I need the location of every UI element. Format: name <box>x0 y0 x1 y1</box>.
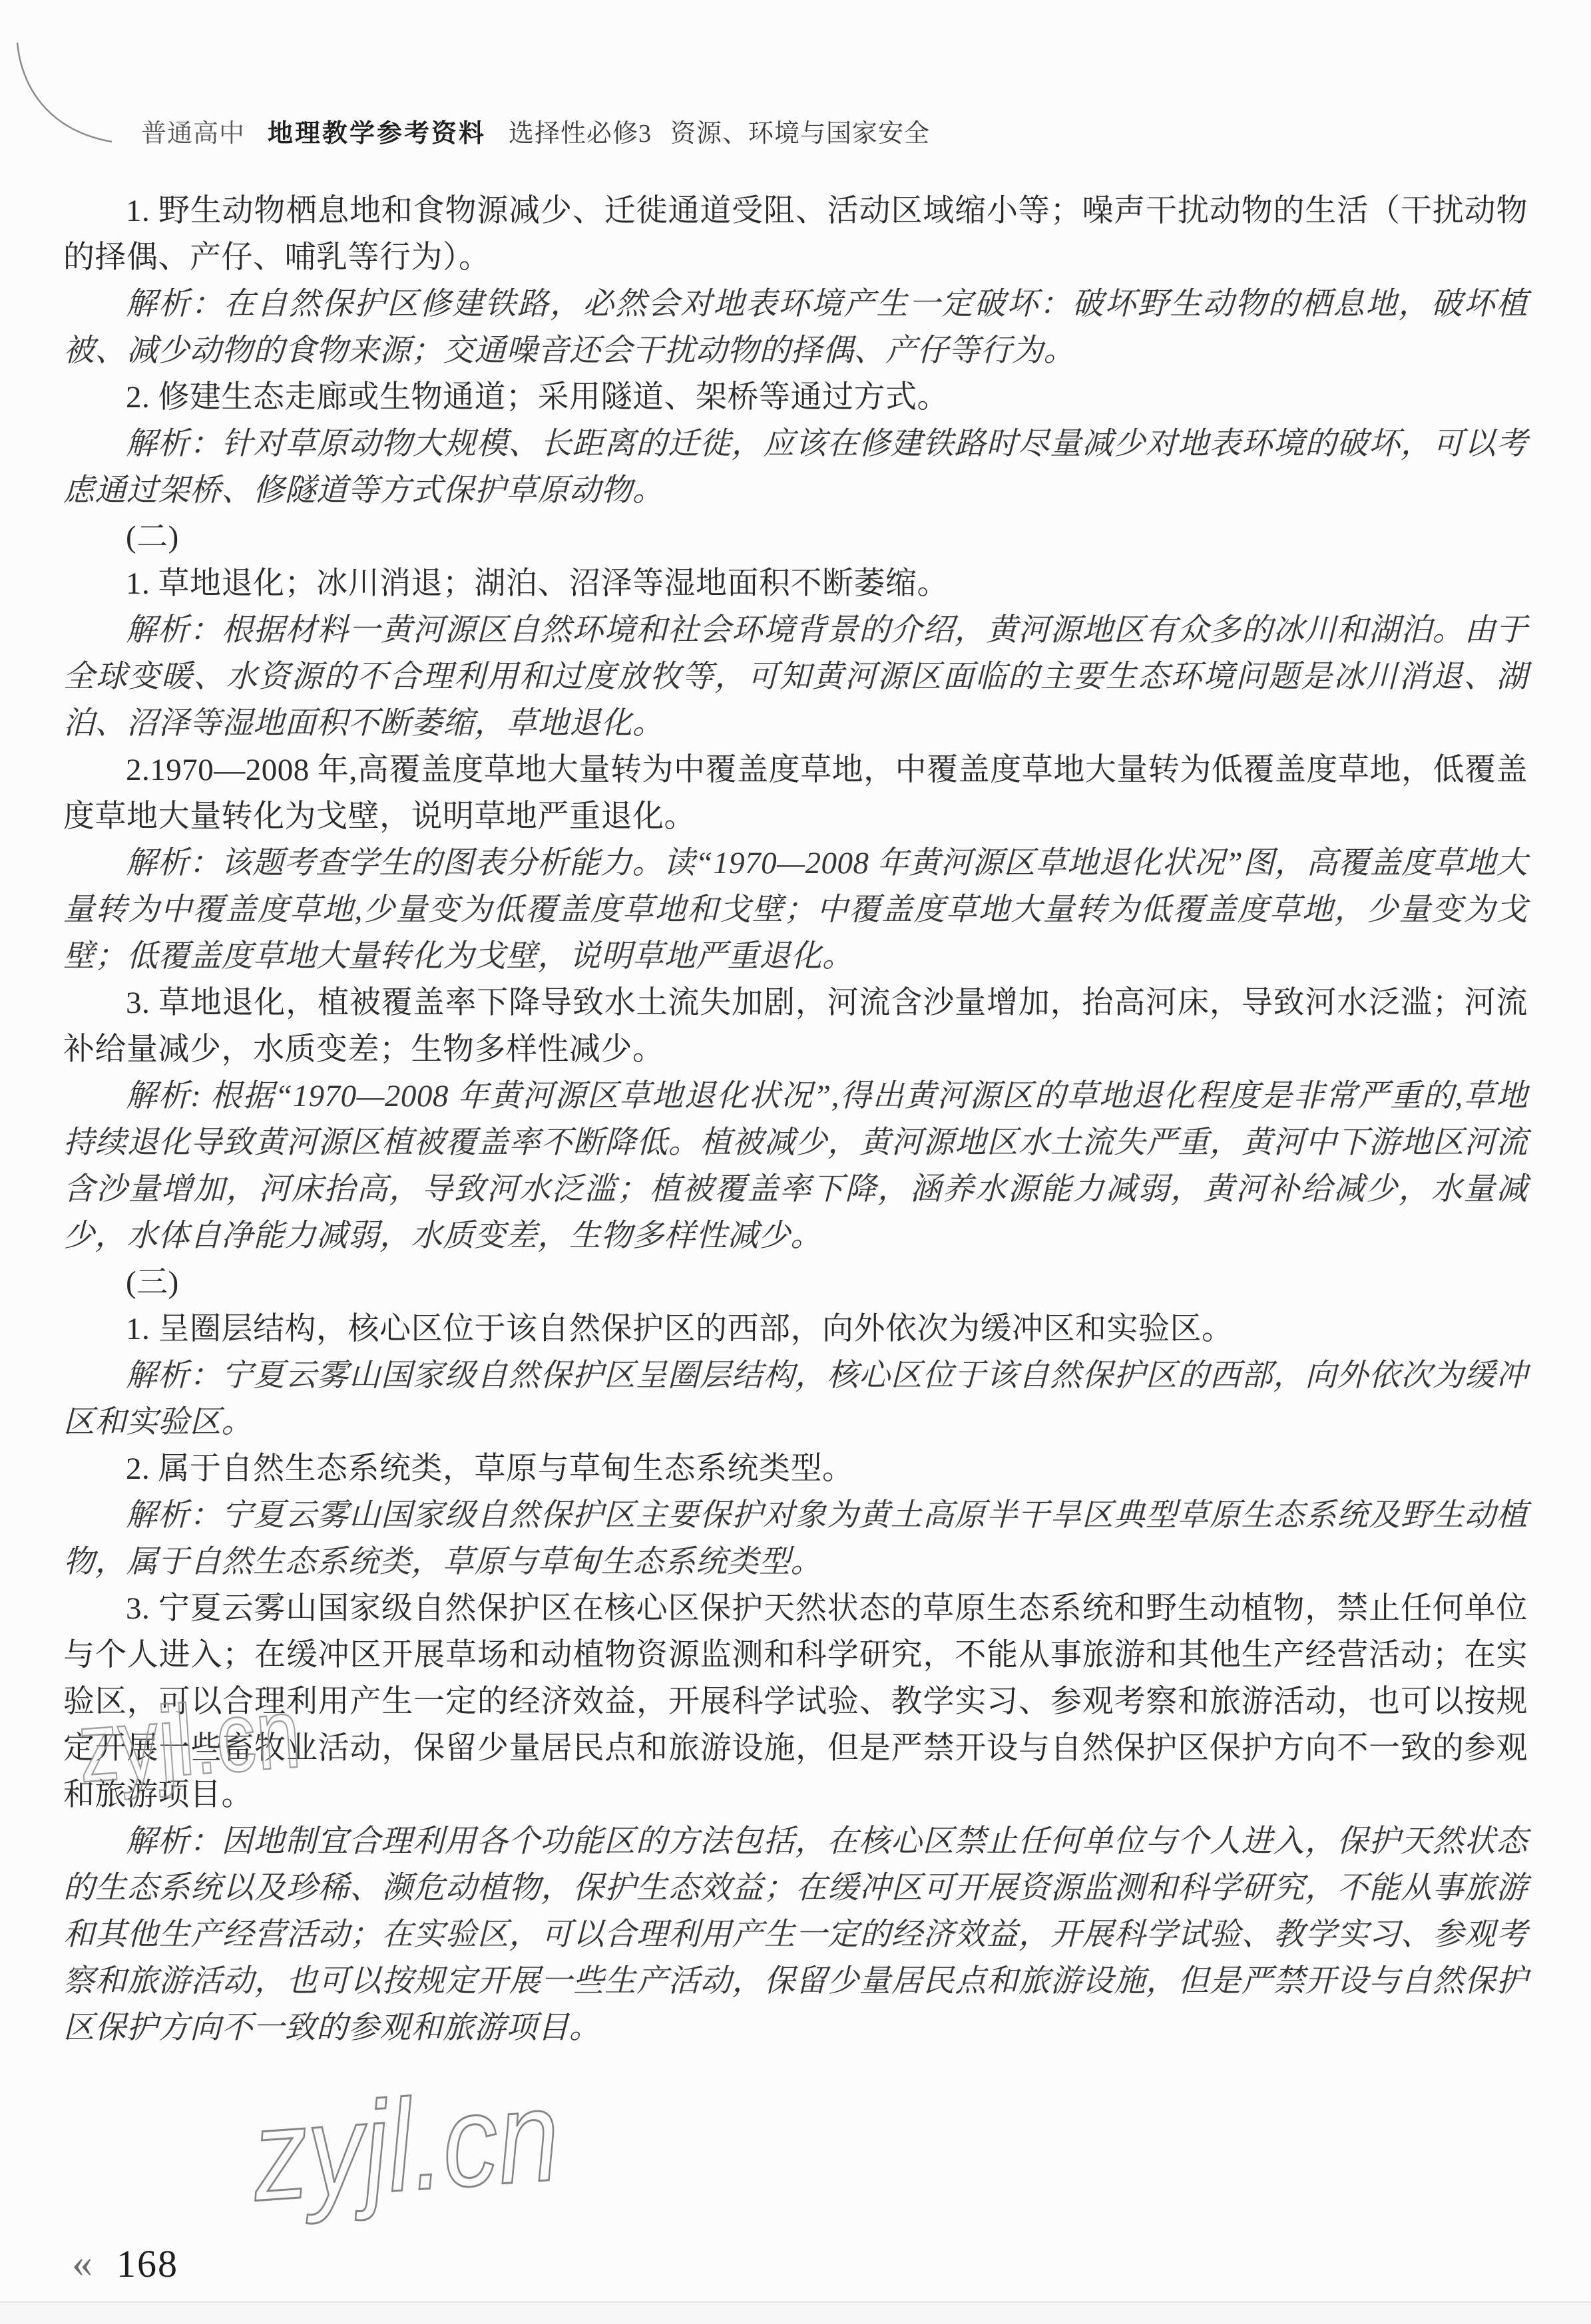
answer-paragraph: 2. 属于自然生态系统类，草原与草甸生态系统类型。 <box>63 1446 1528 1492</box>
page-footer: « 168 <box>72 2240 178 2287</box>
answer-paragraph: 1. 草地退化；冰川消退；湖泊、沼泽等湿地面积不断萎缩。 <box>63 560 1528 607</box>
analysis-paragraph: 解析：该题考查学生的图表分析能力。读“1970—2008 年黄河源区草地退化状况… <box>63 840 1528 980</box>
running-head-book-title: 地理教学参考资料 <box>268 120 486 148</box>
analysis-paragraph: 解析：针对草原动物大规模、长距离的迁徙，应该在修建铁路时尽量减少对地表环境的破坏… <box>63 421 1528 514</box>
analysis-paragraph: 解析：宁夏云雾山国家级自然保护区主要保护对象为黄土高原半干旱区典型草原生态系统及… <box>63 1492 1528 1585</box>
analysis-paragraph: 解析: 根据“1970—2008 年黄河源区草地退化状况”,得出黄河源区的草地退… <box>63 1073 1528 1259</box>
analysis-paragraph: 解析：宁夏云雾山国家级自然保护区呈圈层结构，核心区位于该自然保护区的西部，向外依… <box>63 1352 1528 1446</box>
watermark-text-bottom: zyjl.cn <box>248 2060 564 2231</box>
section-marker: (二) <box>63 514 1528 560</box>
answer-paragraph: 3. 宁夏云雾山国家级自然保护区在核心区保护天然状态的草原生态系统和野生动植物，… <box>63 1585 1528 1818</box>
running-head-subtitle: 资源、环境与国家安全 <box>670 120 930 148</box>
running-head-module: 选择性必修3 <box>509 120 652 148</box>
analysis-paragraph: 解析：因地制宜合理利用各个功能区的方法包括，在核心区禁止任何单位与个人进入，保护… <box>63 1818 1528 2051</box>
corner-flourish-line <box>0 0 146 160</box>
analysis-paragraph: 解析：在自然保护区修建铁路，必然会对地表环境产生一定破坏：破坏野生动物的栖息地，… <box>63 281 1528 374</box>
book-page: 普通高中地理教学参考资料选择性必修3资源、环境与国家安全 1. 野生动物栖息地和… <box>0 0 1591 2324</box>
running-head: 普通高中地理教学参考资料选择性必修3资源、环境与国家安全 <box>141 118 930 149</box>
running-head-school-level: 普通高中 <box>141 120 245 148</box>
page-body-text: 1. 野生动物栖息地和食物源减少、迁徙通道受阻、活动区域缩小等；噪声干扰动物的生… <box>63 188 1528 2051</box>
page-bottom-edge <box>0 2301 1591 2324</box>
answer-paragraph: 1. 呈圈层结构，核心区位于该自然保护区的西部，向外依次为缓冲区和实验区。 <box>63 1306 1528 1352</box>
answer-paragraph: 1. 野生动物栖息地和食物源减少、迁徙通道受阻、活动区域缩小等；噪声干扰动物的生… <box>63 188 1528 281</box>
answer-paragraph: 2. 修建生态走廊或生物通道；采用隧道、架桥等通过方式。 <box>63 374 1528 421</box>
analysis-paragraph: 解析：根据材料一黄河源区自然环境和社会环境背景的介绍，黄河源地区有众多的冰川和湖… <box>63 607 1528 747</box>
page-number: 168 <box>116 2241 178 2286</box>
answer-paragraph: 3. 草地退化，植被覆盖率下降导致水土流失加剧，河流含沙量增加，抬高河床，导致河… <box>63 980 1528 1073</box>
answer-paragraph: 2.1970—2008 年,高覆盖度草地大量转为中覆盖度草地，中覆盖度草地大量转… <box>63 747 1528 840</box>
double-chevron-left-icon: « <box>72 2240 93 2287</box>
section-marker: (三) <box>63 1259 1528 1306</box>
